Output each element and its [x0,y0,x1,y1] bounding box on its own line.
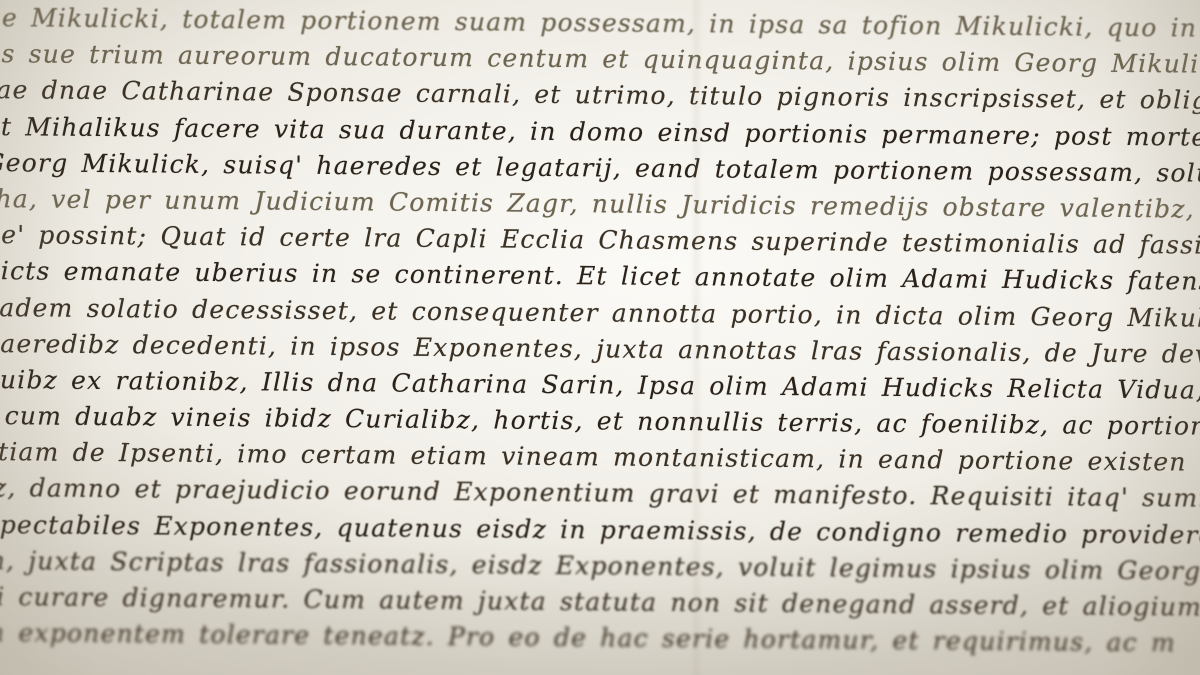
manuscript-photograph: ae Mikulicki, totalem portionem suam pos… [0,0,1200,675]
handwritten-text-block: ae Mikulicki, totalem portionem suam pos… [0,0,1200,662]
